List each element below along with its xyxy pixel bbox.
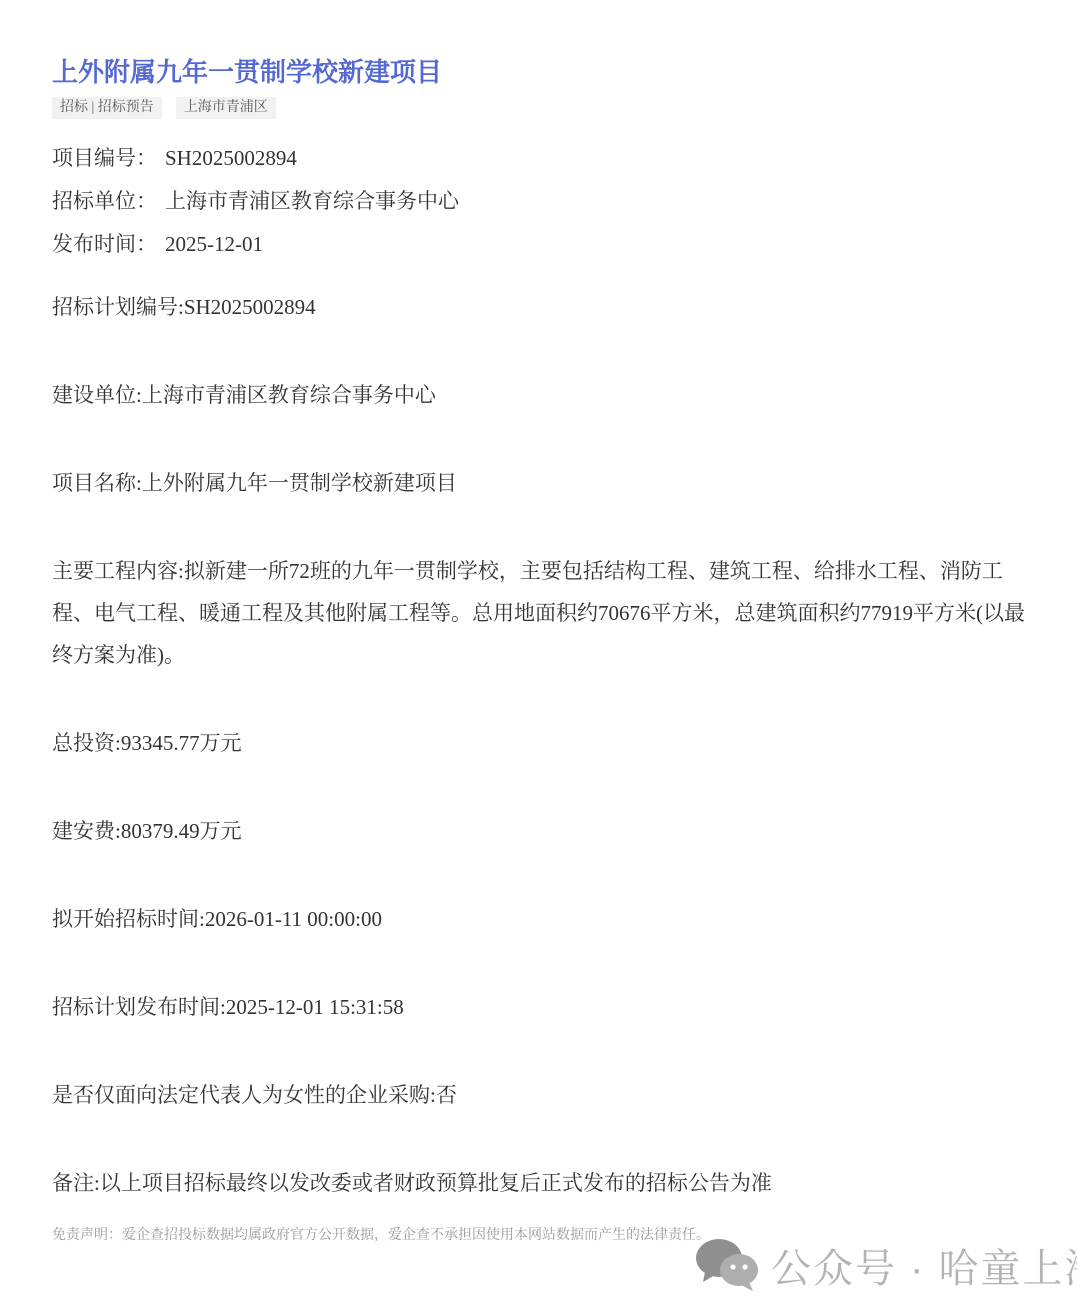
tag-row: 招标 | 招标预告 上海市青浦区 — [52, 97, 1039, 119]
publish-date-value: 2025-12-01 — [165, 232, 263, 256]
project-number-label: 项目编号： — [52, 146, 157, 170]
document-content: 上外附属九年一贯制学校新建项目 招标 | 招标预告 上海市青浦区 项目编号：SH… — [0, 0, 1077, 1246]
paragraph-construction-cost: 建安费:80379.49万元 — [52, 810, 1039, 852]
paragraph-tender-plan-number: 招标计划编号:SH2025002894 — [52, 286, 1039, 328]
paragraph-project-name: 项目名称:上外附属九年一贯制学校新建项目 — [52, 462, 1039, 504]
body-block: 招标计划编号:SH2025002894 建设单位:上海市青浦区教育综合事务中心 … — [52, 286, 1039, 1204]
tag-tender-type: 招标 | 招标预告 — [52, 97, 162, 119]
paragraph-plan-publish-time: 招标计划发布时间:2025-12-01 15:31:58 — [52, 986, 1039, 1028]
paragraph-female-owned-only: 是否仅面向法定代表人为女性的企业采购:否 — [52, 1074, 1039, 1116]
paragraph-main-scope: 主要工程内容:拟新建一所72班的九年一贯制学校，主要包括结构工程、建筑工程、给排… — [52, 550, 1039, 676]
disclaimer-text: 免责声明：爱企查招投标数据均属政府官方公开数据，爱企查不承担因使用本网站数据而产… — [52, 1226, 812, 1246]
publish-date-label: 发布时间： — [52, 232, 157, 256]
meta-row-publish-date: 发布时间：2025-12-01 — [52, 223, 1039, 266]
meta-row-project-number: 项目编号：SH2025002894 — [52, 137, 1039, 180]
project-title-link[interactable]: 上外附属九年一贯制学校新建项目 — [52, 58, 1039, 88]
meta-block: 项目编号：SH2025002894 招标单位：上海市青浦区教育综合事务中心 发布… — [52, 137, 1039, 266]
paragraph-planned-tender-start: 拟开始招标时间:2026-01-11 00:00:00 — [52, 898, 1039, 940]
meta-row-tender-unit: 招标单位：上海市青浦区教育综合事务中心 — [52, 180, 1039, 223]
tender-document-page: 上外附属九年一贯制学校新建项目 招标 | 招标预告 上海市青浦区 项目编号：SH… — [0, 0, 1077, 1307]
tag-region: 上海市青浦区 — [176, 97, 276, 119]
paragraph-construction-unit: 建设单位:上海市青浦区教育综合事务中心 — [52, 374, 1039, 416]
tender-unit-label: 招标单位： — [52, 189, 157, 213]
tender-unit-value: 上海市青浦区教育综合事务中心 — [165, 189, 459, 213]
paragraph-total-investment: 总投资:93345.77万元 — [52, 722, 1039, 764]
project-number-value: SH2025002894 — [165, 146, 297, 170]
paragraph-remarks: 备注:以上项目招标最终以发改委或者财政预算批复后正式发布的招标公告为准 — [52, 1162, 1039, 1204]
